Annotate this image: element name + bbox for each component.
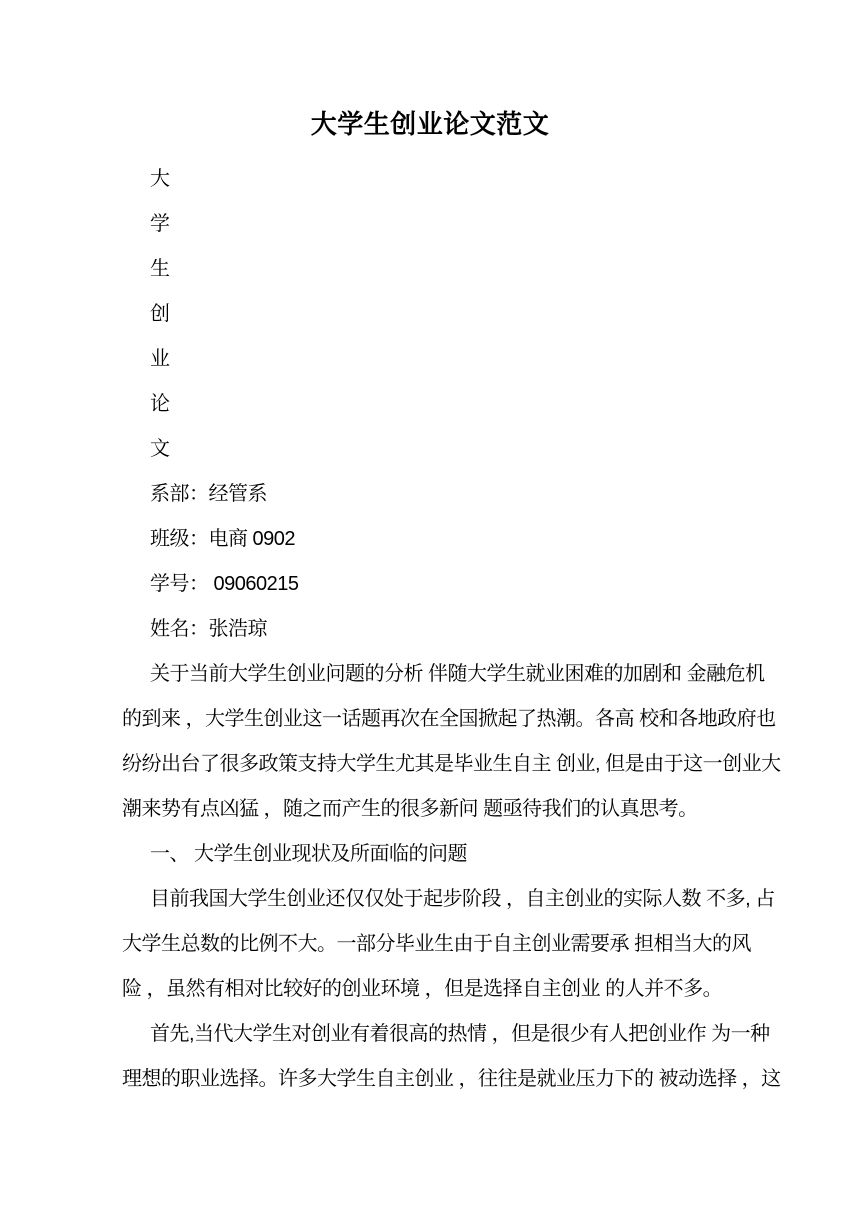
vertical-title-char: 业 <box>122 337 802 382</box>
info-line: 学号： 09060215 <box>122 562 802 607</box>
vertical-title-char: 创 <box>122 292 802 337</box>
body-line: 关于当前大学生创业问题的分析 伴随大学生就业困难的加剧和 金融危机 <box>122 652 802 697</box>
vertical-title-char: 学 <box>122 202 802 247</box>
vertical-title-char: 文 <box>122 427 802 472</box>
body-line: 险 ，虽然有相对比较好的创业环境 ，但是选择自主创业 的人并不多。 <box>122 967 802 1012</box>
body-line: 的到来 ，大学生创业这一话题再次在全国掀起了热潮。各高 校和各地政府也 <box>122 697 802 742</box>
body-line: 理想的职业选择。许多大学生自主创业 ，往往是就业压力下的 被动选择 ，这 <box>122 1057 802 1102</box>
body-line: 目前我国大学生创业还仅仅处于起步阶段 ，自主创业的实际人数 不多, 占 <box>122 877 802 922</box>
info-line: 班级：电商 0902 <box>122 517 802 562</box>
info-line: 姓名：张浩琼 <box>122 607 802 652</box>
document-body: 大学生创业论文系部：经管系班级：电商 0902学号： 09060215姓名：张浩… <box>122 157 802 1102</box>
body-line: 大学生总数的比例不大。一部分毕业生由于自主创业需要承 担相当大的风 <box>122 922 802 967</box>
section-heading: 一、 大学生创业现状及所面临的问题 <box>122 832 802 877</box>
vertical-title-char: 生 <box>122 247 802 292</box>
vertical-title-char: 大 <box>122 157 802 202</box>
vertical-title-char: 论 <box>122 382 802 427</box>
body-line: 首先,当代大学生对创业有着很高的热情 ，但是很少有人把创业作 为一种 <box>122 1012 802 1057</box>
body-line: 潮来势有点凶猛 ，随之而产生的很多新问 题亟待我们的认真思考。 <box>122 787 802 832</box>
document-page: 大学生创业论文范文 大学生创业论文系部：经管系班级：电商 0902学号： 090… <box>0 0 860 1218</box>
body-line: 纷纷出台了很多政策支持大学生尤其是毕业生自主 创业, 但是由于这一创业大 <box>122 742 802 787</box>
info-line: 系部：经管系 <box>122 472 802 517</box>
page-title: 大学生创业论文范文 <box>0 106 860 142</box>
